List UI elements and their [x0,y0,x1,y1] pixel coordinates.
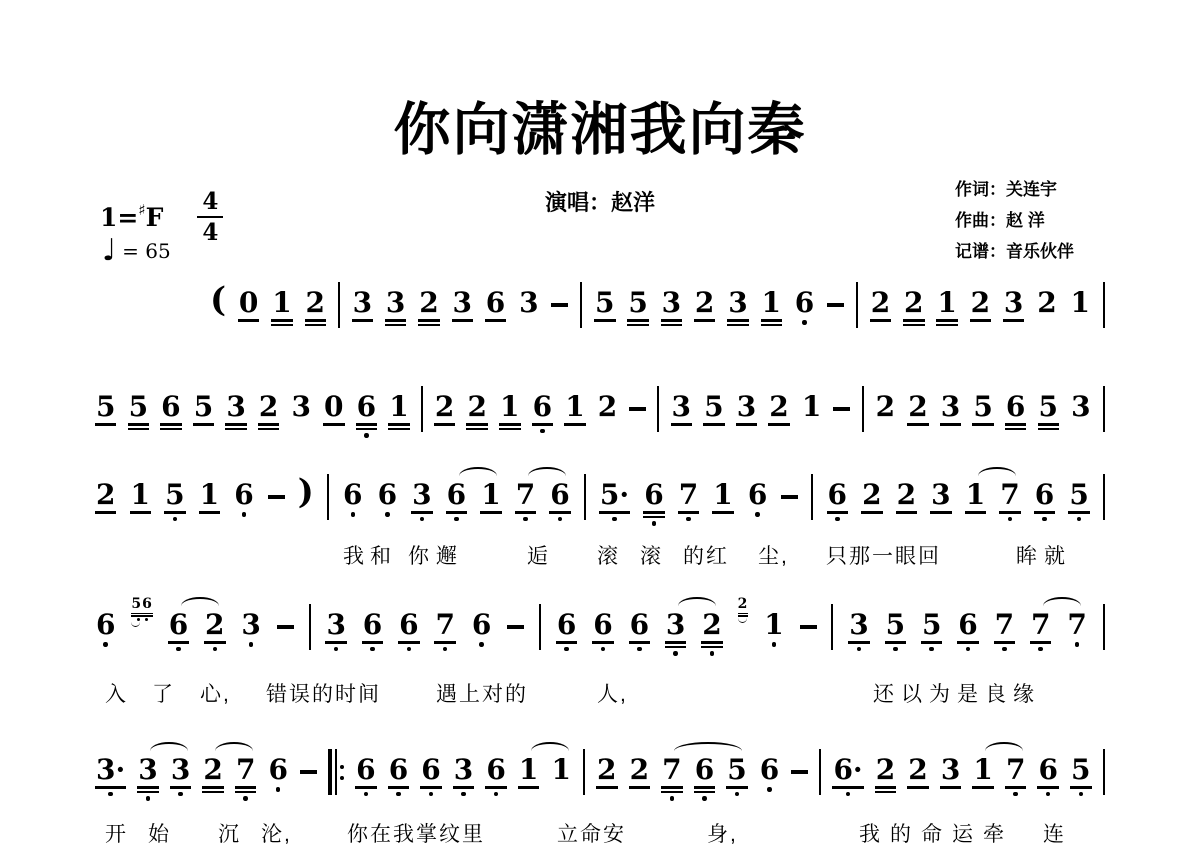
note-cell: 1 [480,480,501,514]
repeat-barline [328,749,344,795]
beam-line [499,423,520,426]
beam-line [1038,428,1059,431]
dash-glyph [300,770,317,774]
sharp-icon: ♯ [138,201,145,219]
note-cell: 6 [377,480,398,517]
beam-line [701,646,722,649]
note-cell: 3 [137,755,158,801]
slur-arc [978,467,1016,476]
dash-note [507,610,524,629]
parenthesis: ) [298,475,314,511]
note-cell: 5 [193,392,214,426]
note-digit: 3 [736,392,757,421]
barline [584,474,586,520]
note-digit: 1 [564,392,585,421]
note-digit: 3 [940,755,961,784]
beam-line [356,423,377,426]
octave-dot [846,792,851,797]
beam-line [1005,428,1026,431]
lyric-syllable: 遇上对的 [436,678,528,708]
note-cell: 1 [271,288,292,326]
octave-dot [802,320,807,325]
dash-note [800,610,817,629]
note-cell: 3 [665,610,686,656]
note-cell: 6 [485,288,506,322]
barline [1103,474,1105,520]
beam-line [1034,511,1055,514]
beam-line [972,786,993,789]
note-digit: 6 [362,610,383,639]
note-cell: 2 [870,288,891,322]
note-digit: 3 [848,610,869,639]
octave-dot [420,517,425,522]
note-cell: 3 [727,288,748,326]
beam-line [592,641,613,644]
octave-dot [1002,647,1007,652]
note-digit: 2 [434,392,455,421]
note-digit: 1 [965,480,986,509]
note-cell: 3 [352,288,373,322]
note-digit: 2 [305,288,326,317]
beam-line [965,511,986,514]
lyrics-line: 开始沉沦,你在我掌纹里立命安身,我的命运牵连 [95,818,1155,848]
grace-note: 56 [131,597,152,627]
beam-line [453,786,474,789]
lyric-syllable: 开 [105,818,128,848]
note-cell: 0 [238,288,259,322]
note-cell: 2 [629,755,650,789]
beam-line [701,641,722,644]
octave-dot [1075,642,1080,647]
barline [811,474,813,520]
note-cell: 6 [629,610,650,651]
note-digit: 6 [420,755,441,784]
note-digit: 2 [597,392,618,421]
note-digit: 6 [355,755,376,784]
note-cell: 6 [233,480,254,517]
note-cell: 5 [164,480,185,521]
note-cell: 7 [661,755,682,801]
slur-arc [215,742,253,751]
beam-line [128,428,149,431]
note-cell: 2 [418,288,439,326]
lyric-syllable: 逅 [527,540,550,570]
tempo-marking: ♩ = 65 [102,236,171,266]
note-cell: 6 [759,755,780,792]
dash-note [268,480,285,499]
note-digit: 1 [801,392,822,421]
beam-line [160,428,181,431]
beam-line [940,423,961,426]
beam-line [738,613,749,615]
note-cell: 5 [726,755,747,796]
note-digit: 2 [970,288,991,317]
note-cell: 2 [305,288,326,326]
note-digit: 7 [434,610,455,639]
music-system: 5565323061221612353212235653 [95,392,1105,438]
note-digit: 1 [271,288,292,317]
beam-line [768,423,789,426]
note-cell: 0 [323,392,344,426]
dash-glyph [551,303,568,307]
beam-line [258,423,279,426]
beam-line [193,423,214,426]
beam-line [515,511,536,514]
lyric-syllable: 错误的时间 [266,678,381,708]
note-digit: 2 [694,288,715,317]
note-cell: 7 [999,480,1020,521]
octave-dot [637,647,642,652]
octave-dot [243,796,248,801]
note-digit: 2 [875,392,896,421]
quarter-note-icon: ♩ [102,236,116,266]
note-digit: 6 [168,610,189,639]
note-cell: 6 [694,755,715,801]
note-digit: 5 [921,610,942,639]
note-digit: 6 [377,480,398,509]
lyric-syllable: 的红 [683,540,729,570]
barline [657,386,659,432]
beam-line [736,423,757,426]
note-digit: 2 [701,610,722,639]
note-cell: 1 [972,755,993,789]
beam-line [271,324,292,327]
beam-line [694,791,715,794]
barline [539,604,541,650]
lyric-syllable: 始 [148,818,171,848]
octave-dot [137,618,140,621]
grace-octave-dots [137,618,148,621]
beam-line [629,641,650,644]
octave-dot [1042,517,1047,522]
lyric-syllable: 还以为是良缘 [873,678,1041,708]
note-digit: 6 [267,755,288,784]
note-digit: 1 [199,480,220,509]
beam-line [678,511,699,514]
note-digit: 6 [643,480,664,509]
note-cell: 6 [1037,755,1058,796]
note-cell: 6 [342,480,363,517]
octave-dot [835,517,840,522]
beam-line [411,511,432,514]
barline [421,386,423,432]
octave-dot [173,517,178,522]
note-cell: 1 [550,755,571,784]
octave-dot [1079,792,1084,797]
note-digit: 1 [518,755,539,784]
lyric-syllable: 入 [105,678,128,708]
lyric-syllable: 我和 [343,540,397,570]
octave-dot [479,642,484,647]
beam-line [694,319,715,322]
barline [856,282,858,328]
note-digit: 3 [240,610,261,639]
beam-line [388,786,409,789]
note-cell: 6 [388,755,409,796]
lyric-syllable: 了 [152,678,175,708]
note-cell: 1 [761,288,782,326]
note-cell: 3 [930,480,951,514]
beam-line [388,428,409,431]
lyric-syllable: 人, [597,678,628,708]
note-cell: 2 [701,610,722,656]
note-cell: 3 [240,610,261,647]
beam-line [665,641,686,644]
octave-dot [540,429,545,434]
note-cell: 1 [518,755,539,789]
beam-line [434,423,455,426]
note-digit: 6 [794,288,815,317]
note-digit: 3 [661,288,682,317]
beam-line [921,641,942,644]
beam-line [875,786,896,789]
note-cell: 6 [160,392,181,430]
beam-line [549,511,570,514]
octave-dot [364,792,369,797]
note-cell: 6 [355,755,376,796]
note-cell: 6 [485,755,506,796]
note-cell: 6 [446,480,467,521]
note-cell: 2 [970,288,991,322]
grace-digits: 56 [131,597,152,612]
note-cell: 2 [907,392,928,426]
octave-dot [146,796,151,801]
note-digit: 6 [1037,755,1058,784]
beam-line [671,423,692,426]
dash-glyph [791,770,808,774]
note-cell: 1 [564,392,585,426]
beam-line [420,786,441,789]
beam-line [627,324,648,327]
repeat-dot [340,776,344,780]
repeat-dot [340,765,344,769]
note-digit: 7 [661,755,682,784]
octave-dot [893,647,898,652]
octave-dot [673,651,678,656]
note-cell: 2 [768,392,789,426]
dash-glyph [827,303,844,307]
beam-line [1068,511,1089,514]
note-cell: 3· [95,755,126,796]
note-cell: 2 [204,610,225,651]
note-digit: 6 [827,480,848,509]
beam-line [235,791,256,794]
slur-arc [531,742,569,751]
octave-dot [710,651,715,656]
barline [1103,282,1105,328]
beam-line [661,791,682,794]
note-digit: 6 [485,288,506,317]
dash-glyph [833,407,850,411]
time-signature: 4 4 [197,190,223,244]
note-digit: 0 [238,288,259,317]
note-digit: 3 [518,288,539,317]
beam-line [694,786,715,789]
dash-glyph [781,495,798,499]
octave-dot [145,618,148,621]
beam-line [727,324,748,327]
barline [831,604,833,650]
beam-line [861,511,882,514]
note-cell: 7 [678,480,699,521]
note-digit: 2 [907,392,928,421]
note-cell: 3 [940,392,961,426]
note-digit: 6 [398,610,419,639]
octave-dot [407,647,412,652]
octave-dot [454,517,459,522]
note-digit: 3 [385,288,406,317]
note-cell: 6 [356,392,377,438]
beam-line [388,423,409,426]
note-cell: 5 [885,610,906,651]
note-cell: 1 [801,392,822,421]
beam-line [594,319,615,322]
octave-dot [351,512,356,517]
octave-dot [1038,647,1043,652]
note-digit: 5 [1068,480,1089,509]
note-cell: 6 [420,755,441,796]
beam-line [95,786,126,789]
note-digit: 7 [235,755,256,784]
note-cell: 2 [907,755,928,789]
note-digit: 3 [352,288,373,317]
note-cell: 5 [921,610,942,651]
note-digit: 1 [388,392,409,421]
note-digit: 5 [193,392,214,421]
octave-dot [176,647,181,652]
beam-line [832,786,863,789]
note-cell: 5 [972,392,993,426]
lyric-syllable: 身, [707,818,738,848]
note-digit: 3 [137,755,158,784]
note-digit: 2 [907,755,928,784]
beam-line [258,428,279,431]
credit-lyricist: 作词：关连宇 [955,174,1074,205]
dash-note [629,392,646,411]
note-cell: 6 [362,610,383,651]
note-cell: 3 [1003,288,1024,322]
note-cell: 2 [875,392,896,421]
grace-slur-tail [738,618,747,623]
note-cell: 2 [596,755,617,789]
note-cell: 6· [832,755,863,796]
note-cell: 5· [599,480,630,521]
note-digit: 5 [972,392,993,421]
dash-note [300,755,317,774]
note-cell: 3 [325,610,346,651]
grace-digits: 2 [738,597,749,612]
note-cell: 7 [1066,610,1087,647]
note-digit: 1 [936,288,957,317]
barline [819,749,821,795]
note-digit: 6 [446,480,467,509]
beam-line [903,319,924,322]
octave-dot [364,433,369,438]
note-digit: 5 [726,755,747,784]
lyric-syllable: 沉 [218,818,241,848]
repeat-dots [340,749,344,795]
beam-line [131,615,152,617]
note-digit: 6 [233,480,254,509]
note-digit: 6 [549,480,570,509]
note-digit: 5 [703,392,724,421]
note-cell: 3 [736,392,757,426]
beam-line [970,319,991,322]
note-digit: 1 [1070,288,1091,317]
note-digit: 6· [832,755,863,784]
note-digit: 5 [627,288,648,317]
credit-composer: 作曲：赵 洋 [955,205,1074,236]
beam-line [957,641,978,644]
note-digit: 2 [861,480,882,509]
note-cell: 6 [592,610,613,651]
beam-line [325,641,346,644]
beam-line [204,641,225,644]
beam-line [726,786,747,789]
octave-dot [1046,792,1051,797]
lyric-syllable: 沦, [261,818,292,848]
barline [338,282,340,328]
beam-line [199,511,220,514]
note-cell: 3 [411,480,432,521]
octave-dot [1008,517,1013,522]
dash-glyph [268,495,285,499]
beam-line [907,786,928,789]
note-digit: 2 [870,288,891,317]
lyric-syllable: 眸就 [1016,540,1072,570]
octave-dot [612,517,617,522]
note-digit: 1 [480,480,501,509]
note-digit: 3 [225,392,246,421]
beam-line [168,641,189,644]
beam-line [225,423,246,426]
beam-line [499,428,520,431]
beam-line [235,786,256,789]
note-cell: 1 [965,480,986,514]
note-digit: 6 [485,755,506,784]
beam-line [446,511,467,514]
parenthesis: ( [210,283,226,319]
octave-dot [670,796,675,801]
beam-line [128,423,149,426]
dash-glyph [277,625,294,629]
note-cell: 2 [597,392,618,421]
note-cell: 3 [518,288,539,317]
beam-line [480,511,501,514]
beam-line [564,423,585,426]
beam-line [875,791,896,794]
octave-dot [523,517,528,522]
note-digit: 1 [972,755,993,784]
note-cell: 6 [827,480,848,521]
note-digit: 2 [768,392,789,421]
note-digit: 3 [170,755,191,784]
note-cell: 1 [130,480,151,514]
beam-line [355,786,376,789]
note-cell: 3 [453,755,474,796]
note-digit: 6 [471,610,492,639]
dash-note [551,288,568,307]
beam-line [661,786,682,789]
note-digit: 1 [761,288,782,317]
dash-note [277,610,294,629]
beam-line [596,786,617,789]
beam-line [164,511,185,514]
time-signature-denominator: 4 [202,218,218,244]
beam-line [930,511,951,514]
beam-line [238,319,259,322]
barline [1103,386,1105,432]
